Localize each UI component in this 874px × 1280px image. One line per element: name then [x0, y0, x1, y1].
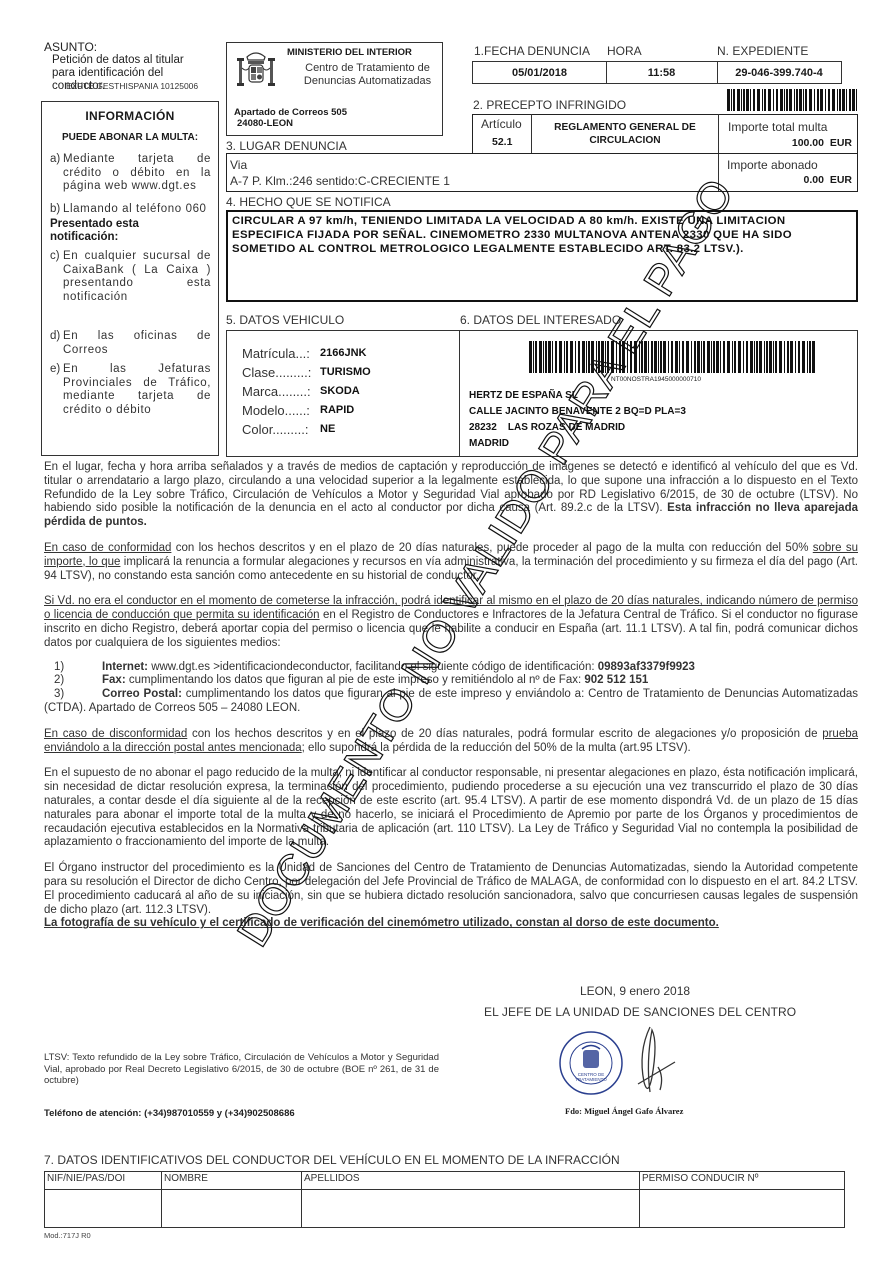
driver-data-table: NIF/NIE/PAS/DOI NOMBRE APELLIDOS PERMISO…	[44, 1171, 845, 1228]
permiso-field[interactable]	[640, 1190, 845, 1228]
payment-option-e: e)En las Jefaturas Provinciales de Tráfi…	[50, 363, 218, 417]
vehiculo-marca: Marca........:SKODA	[242, 384, 311, 399]
vehiculo-matricula: Matrícula...:2166JNK	[242, 346, 310, 361]
interesado-label: 6. DATOS DEL INTERESADO	[460, 313, 621, 327]
vehiculo-modelo: Modelo......:RAPID	[242, 403, 310, 418]
payment-option-a: a)Mediante tarjeta de crédito o débito e…	[50, 153, 218, 194]
payment-option-c: c)En cualquier sucursal de CaixaBank ( L…	[50, 250, 218, 304]
official-stamp-icon: CENTRO DE TRATAMIENTO	[558, 1030, 624, 1096]
payment-info-box: INFORMACIÓN PUEDE ABONAR LA MULTA: a)Med…	[41, 101, 219, 456]
hecho-label: 4. HECHO QUE SE NOTIFICA	[226, 195, 391, 209]
notification-body: En el lugar, fecha y hora arriba señalad…	[44, 461, 858, 943]
fax-number: 902 512 151	[584, 674, 648, 686]
vehiculo-clase: Clase.........:TURISMO	[242, 365, 311, 380]
articulo-value: 52.1	[492, 136, 512, 148]
expediente-value: 29-046-399.740-4	[717, 61, 842, 84]
identification-code: 09893af3379f9923	[598, 661, 695, 673]
importe-abonado-value: 0.00 EUR	[804, 174, 852, 186]
interesado-box: NT00NOSTRA1945000000710 HERTZ DE ESPAÑA …	[459, 330, 858, 457]
asunto-label: ASUNTO:	[44, 41, 224, 54]
spain-coat-of-arms-icon	[235, 48, 277, 90]
via-label: Via	[230, 158, 247, 172]
fecha-value: 05/01/2018	[472, 61, 607, 84]
center-name: Centro de Tratamiento de Denuncias Autom…	[295, 62, 440, 88]
ministry-name: MINISTERIO DEL INTERIOR	[287, 47, 412, 58]
nif-field[interactable]	[45, 1190, 162, 1228]
apellidos-field[interactable]	[302, 1190, 640, 1228]
via-value: A-7 P. Klm.:246 sentido:C-CRECIENTE 1	[230, 174, 450, 188]
column-nombre: NOMBRE	[162, 1172, 302, 1190]
handwritten-signature-icon	[630, 1022, 680, 1102]
paragraph-detection: En el lugar, fecha y hora arriba señalad…	[44, 461, 858, 530]
driver-data-label: 7. DATOS IDENTIFICATIVOS DEL CONDUCTOR D…	[44, 1153, 620, 1167]
hora-value: 11:58	[606, 61, 718, 84]
expediente-barcode	[727, 89, 858, 111]
paragraph-disconformidad: En caso de disconformidad con los hechos…	[44, 728, 858, 756]
vehiculo-color: Color.........:NE	[242, 422, 308, 437]
identification-methods: 1)Internet: www.dgt.es >identificacionde…	[44, 661, 858, 716]
importe-total-label: Importe total multa	[728, 120, 827, 134]
model-code: Mod.:717J R0	[44, 1231, 91, 1240]
payment-option-d: d)En las oficinas de Correos	[50, 330, 218, 357]
reglamento: REGLAMENTO GENERAL DE CIRCULACION	[540, 121, 710, 147]
importe-abonado-label: Importe abonado	[727, 158, 818, 172]
column-nif: NIF/NIE/PAS/DOI	[45, 1172, 162, 1190]
place-date: LEON, 9 enero 2018	[580, 984, 690, 998]
expediente-reference: EXPTE GESTHISPANIA 10125006	[66, 81, 198, 91]
signed-by: Fdo: Miguel Ángel Gafo Álvarez	[565, 1106, 683, 1116]
expediente-label: N. EXPEDIENTE	[717, 44, 808, 58]
ltsv-note: LTSV: Texto refundido de la Ley sobre Tr…	[44, 1052, 439, 1087]
issuer-box: MINISTERIO DEL INTERIOR Centro de Tratam…	[226, 42, 443, 136]
hecho-text: CIRCULAR A 97 km/h, TENIENDO LIMITADA LA…	[226, 210, 858, 302]
signer-role: EL JEFE DE LA UNIDAD DE SANCIONES DEL CE…	[484, 1005, 796, 1019]
fecha-label: 1.FECHA DENUNCIA	[474, 44, 590, 58]
vehiculo-label: 5. DATOS VEHICULO	[226, 313, 344, 327]
asunto-line-1: Petición de datos al titular	[44, 54, 224, 67]
column-permiso: PERMISO CONDUCIR Nº	[640, 1172, 845, 1190]
method-fax: 2)Fax: cumplimentando los datos que figu…	[44, 674, 858, 688]
precepto-label: 2. PRECEPTO INFRINGIDO	[473, 98, 626, 112]
nombre-field[interactable]	[162, 1190, 302, 1228]
issuer-address: Apartado de Correos 505 24080-LEON	[234, 107, 347, 129]
vehiculo-box: Matrícula...:2166JNK Clase.........:TURI…	[226, 330, 460, 457]
svg-text:TRATAMIENTO: TRATAMIENTO	[575, 1077, 607, 1082]
info-title: INFORMACIÓN	[42, 109, 218, 123]
hora-label: HORA	[607, 44, 642, 58]
info-subtitle: PUEDE ABONAR LA MULTA:	[42, 132, 218, 143]
interesado-barcode	[529, 341, 816, 373]
presentado-label: Presentado esta notificación:	[50, 218, 170, 244]
paragraph-impago: En el supuesto de no abonar el pago redu…	[44, 767, 858, 850]
paragraph-organo: El Órgano instructor del procedimiento e…	[44, 862, 858, 931]
lugar-label: 3. LUGAR DENUNCIA	[226, 139, 347, 153]
articulo-label: Artículo	[481, 117, 522, 131]
asunto-line-2: para identificación del	[44, 67, 224, 80]
importe-total-value: 100.00 EUR	[792, 137, 852, 149]
payment-option-b: b)Llamando al teléfono 060	[50, 203, 218, 217]
column-apellidos: APELLIDOS	[302, 1172, 640, 1190]
method-correo: 3)Correo Postal: cumplimentando los dato…	[44, 688, 858, 716]
contact-phone: Teléfono de atención: (+34)987010559 y (…	[44, 1108, 295, 1119]
